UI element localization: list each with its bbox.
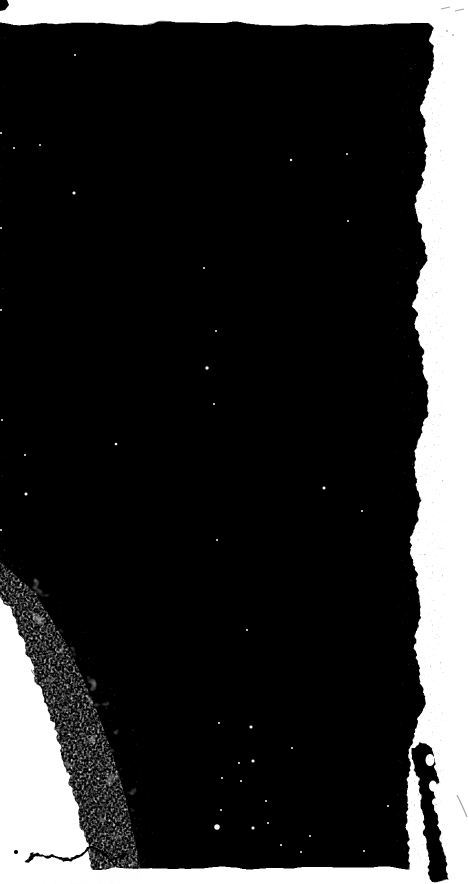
- dust-speck: [0, 227, 2, 229]
- dust-speck: [1, 419, 3, 421]
- dust-speck: [0, 529, 2, 531]
- dust-speck: [74, 54, 76, 56]
- dust-speck: [238, 762, 240, 764]
- right-margin-spray-sparse: [430, 23, 469, 869]
- dust-speck: [309, 835, 311, 837]
- dust-speck: [25, 493, 28, 496]
- dust-speck: [216, 539, 218, 541]
- dust-speck: [214, 824, 220, 830]
- dust-speck: [280, 844, 282, 846]
- dust-speck: [265, 800, 267, 802]
- photo-scan: [0, 0, 469, 884]
- bottom-margin-speckle: [0, 838, 170, 884]
- dust-speck: [252, 827, 255, 830]
- dust-speck: [115, 443, 118, 446]
- dust-speck: [24, 454, 26, 456]
- dust-speck: [361, 510, 363, 512]
- dust-speck: [323, 487, 326, 490]
- dust-speck: [240, 780, 242, 782]
- dust-speck: [291, 747, 293, 749]
- dust-speck: [252, 760, 255, 763]
- dust-speck: [246, 629, 248, 631]
- dust-speck: [387, 805, 389, 807]
- dust-speck: [215, 330, 217, 332]
- dust-speck: [363, 850, 365, 852]
- dust-speck: [12, 4, 14, 6]
- dust-speck: [205, 366, 208, 369]
- dust-speck: [218, 722, 220, 724]
- dust-speck: [250, 726, 253, 729]
- dust-speck: [0, 132, 2, 134]
- dust-speck: [13, 147, 15, 149]
- dust-speck: [300, 851, 302, 853]
- dust-speck: [346, 153, 348, 155]
- dust-speck: [0, 309, 2, 311]
- dust-speck: [347, 220, 349, 222]
- dust-speck: [290, 159, 292, 161]
- dust-speck: [220, 809, 222, 811]
- scanned-photo-page: [0, 0, 469, 884]
- dust-speck: [73, 192, 76, 195]
- dust-speck: [203, 267, 205, 269]
- dust-speck: [213, 403, 215, 405]
- dust-speck: [267, 822, 269, 824]
- dust-speck: [221, 777, 223, 779]
- dust-speck: [39, 144, 41, 146]
